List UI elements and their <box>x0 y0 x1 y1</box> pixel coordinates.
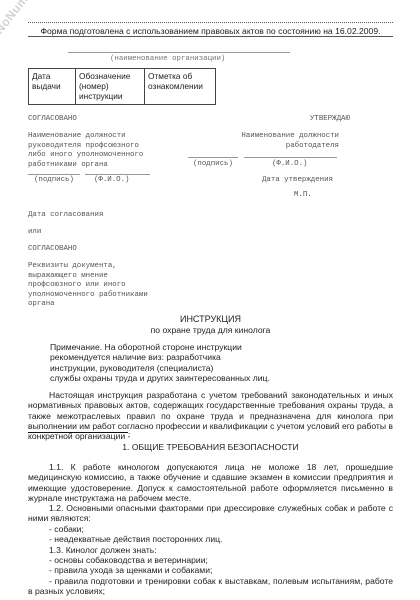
intro-blank-end: . <box>128 426 130 436</box>
organization-blank-line <box>28 432 128 433</box>
hazard-item-1: - собаки; <box>49 524 84 534</box>
paragraph-1-2: 1.2. Основными опасными факторами при др… <box>28 503 393 524</box>
header-bottom-rule <box>28 36 393 37</box>
intro-paragraph: Настоящая инструкция разработана с учето… <box>28 390 393 441</box>
column-acknowledgement: Отметка об ознакомлении <box>145 69 216 105</box>
document-subtitle: по охране труда для кинолога <box>28 325 393 335</box>
issue-table: Дата выдачи Обозначение (номер) инструкц… <box>28 68 216 105</box>
right-name-line <box>244 157 337 158</box>
union-position-text: Наименование должности руководителя проф… <box>28 132 143 170</box>
employer-position-text: Наименование должности работодателя <box>234 132 339 151</box>
stamp-label: М.П. <box>294 191 312 201</box>
knowledge-item-3: - правила подготовки и тренировки собак … <box>28 576 393 597</box>
column-instruction-number: Обозначение (номер) инструкции <box>76 69 145 105</box>
left-signature-line <box>28 174 80 175</box>
agreed-title: СОГЛАСОВАНО <box>28 115 77 125</box>
knowledge-item-1: - основы собаководства и ветеринарии; <box>49 555 208 565</box>
agreement-date-label: Дата согласования <box>28 211 103 221</box>
right-signature-line <box>188 157 238 158</box>
left-signature-caption: (подпись) <box>34 176 74 186</box>
section-1-title: 1. ОБЩИЕ ТРЕБОВАНИЯ БЕЗОПАСНОСТИ <box>28 442 393 452</box>
paragraph-1-1: 1.1. К работе кинологом допускаются лица… <box>28 462 393 503</box>
document-title: ИНСТРУКЦИЯ <box>28 314 393 324</box>
paragraph-1-3: 1.3. Кинолог должен знать: <box>49 545 157 555</box>
knowledge-item-2: - правила ухода за щенками и собаками; <box>49 565 212 575</box>
agreed-title-2: СОГЛАСОВАНО <box>28 245 77 255</box>
column-issue-date: Дата выдачи <box>29 69 76 105</box>
approved-title: УТВЕРЖДАЮ <box>310 115 350 125</box>
document-note: Примечание. На оборотной стороне инструк… <box>50 342 350 383</box>
hazard-item-2: - неадекватные действия посторонних лиц. <box>49 534 222 544</box>
or-label: или <box>28 228 41 238</box>
left-name-caption: (Ф.И.О.) <box>94 176 129 186</box>
requisites-text: Реквизиты документа, выражающего мнение … <box>28 262 148 310</box>
organization-caption: (наименование организации) <box>110 55 225 65</box>
left-name-line <box>85 174 150 175</box>
right-name-caption: (Ф.И.О.) <box>272 160 307 170</box>
header-note: Форма подготовлена с использованием прав… <box>28 26 393 36</box>
right-signature-caption: (подпись) <box>193 160 233 170</box>
organization-name-line <box>68 52 290 53</box>
header-top-rule <box>28 22 393 23</box>
approval-date-label: Дата утверждения <box>262 176 333 186</box>
